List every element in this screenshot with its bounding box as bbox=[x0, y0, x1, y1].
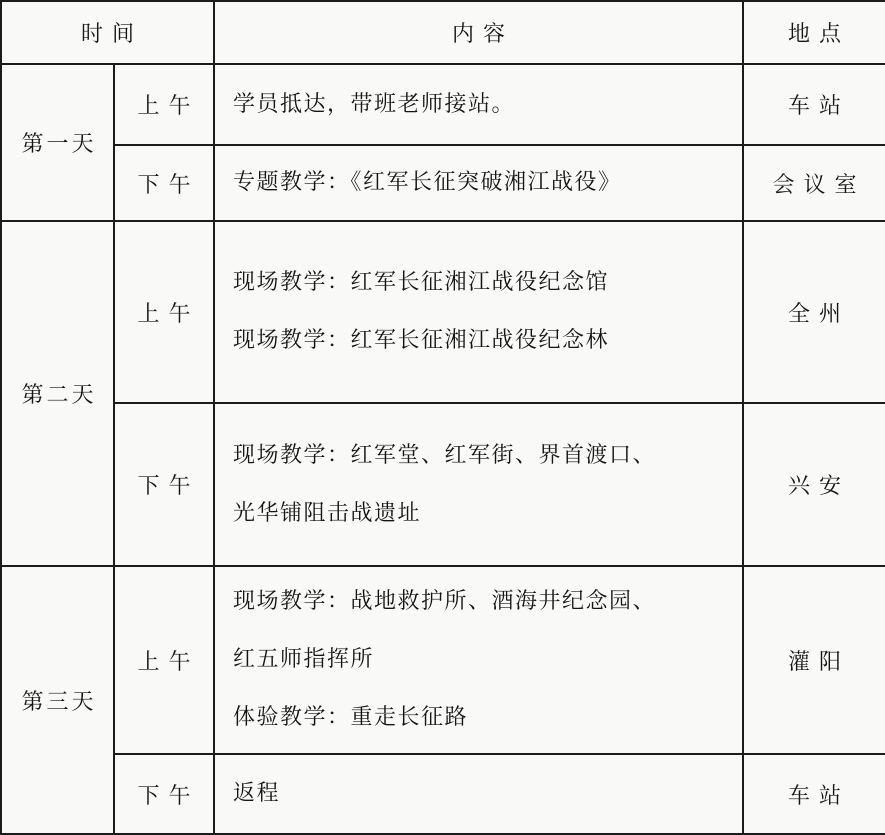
location-cell: 会议室 bbox=[743, 145, 885, 221]
period-cell: 上午 bbox=[114, 566, 214, 754]
content-line: 现场教学：红军堂、红军街、界首渡口、 bbox=[233, 427, 736, 485]
row-day2-morning: 第二天 上午 现场教学：红军长征湘江战役纪念馆 现场教学：红军长征湘江战役纪念林… bbox=[1, 221, 885, 403]
day-cell-day3: 第三天 bbox=[1, 566, 114, 834]
content-cell: 现场教学：红军堂、红军街、界首渡口、 光华铺阻击战遗址 bbox=[214, 403, 743, 566]
period-cell: 下午 bbox=[114, 403, 214, 566]
document-page: 时间 内容 地点 第一天 上午 学员抵达，带班老师接站。 车站 下午 专题教学：… bbox=[0, 0, 885, 835]
location-cell: 车站 bbox=[743, 754, 885, 834]
row-day1-morning: 第一天 上午 学员抵达，带班老师接站。 车站 bbox=[1, 64, 885, 145]
content-cell: 学员抵达，带班老师接站。 bbox=[214, 64, 743, 145]
header-cell-time: 时间 bbox=[1, 1, 214, 64]
location-cell: 灌阳 bbox=[743, 566, 885, 754]
header-row: 时间 内容 地点 bbox=[1, 1, 885, 64]
location-cell: 兴安 bbox=[743, 403, 885, 566]
day-cell-day2: 第二天 bbox=[1, 221, 114, 566]
content-line: 返程 bbox=[233, 765, 736, 823]
location-cell: 全州 bbox=[743, 221, 885, 403]
header-cell-content: 内容 bbox=[214, 1, 743, 64]
period-cell: 上午 bbox=[114, 64, 214, 145]
content-line: 现场教学：红军长征湘江战役纪念馆 bbox=[233, 254, 736, 312]
row-day3-afternoon: 下午 返程 车站 bbox=[1, 754, 885, 834]
content-cell: 返程 bbox=[214, 754, 743, 834]
content-line: 现场教学：战地救护所、酒海井纪念园、 bbox=[233, 573, 736, 631]
period-cell: 下午 bbox=[114, 754, 214, 834]
content-cell: 现场教学：战地救护所、酒海井纪念园、 红五师指挥所 体验教学：重走长征路 bbox=[214, 566, 743, 754]
content-line: 现场教学：红军长征湘江战役纪念林 bbox=[233, 312, 736, 370]
period-cell: 下午 bbox=[114, 145, 214, 221]
row-day1-afternoon: 下午 专题教学：《红军长征突破湘江战役》 会议室 bbox=[1, 145, 885, 221]
content-line: 体验教学：重走长征路 bbox=[233, 689, 736, 747]
content-line: 专题教学：《红军长征突破湘江战役》 bbox=[233, 154, 736, 212]
schedule-table: 时间 内容 地点 第一天 上午 学员抵达，带班老师接站。 车站 下午 专题教学：… bbox=[0, 0, 885, 835]
period-cell: 上午 bbox=[114, 221, 214, 403]
content-line: 红五师指挥所 bbox=[233, 631, 736, 689]
content-line: 光华铺阻击战遗址 bbox=[233, 485, 736, 543]
content-line: 学员抵达，带班老师接站。 bbox=[233, 76, 736, 134]
content-cell: 现场教学：红军长征湘江战役纪念馆 现场教学：红军长征湘江战役纪念林 bbox=[214, 221, 743, 403]
location-cell: 车站 bbox=[743, 64, 885, 145]
content-cell: 专题教学：《红军长征突破湘江战役》 bbox=[214, 145, 743, 221]
day-cell-day1: 第一天 bbox=[1, 64, 114, 221]
header-cell-location: 地点 bbox=[743, 1, 885, 64]
row-day3-morning: 第三天 上午 现场教学：战地救护所、酒海井纪念园、 红五师指挥所 体验教学：重走… bbox=[1, 566, 885, 754]
row-day2-afternoon: 下午 现场教学：红军堂、红军街、界首渡口、 光华铺阻击战遗址 兴安 bbox=[1, 403, 885, 566]
